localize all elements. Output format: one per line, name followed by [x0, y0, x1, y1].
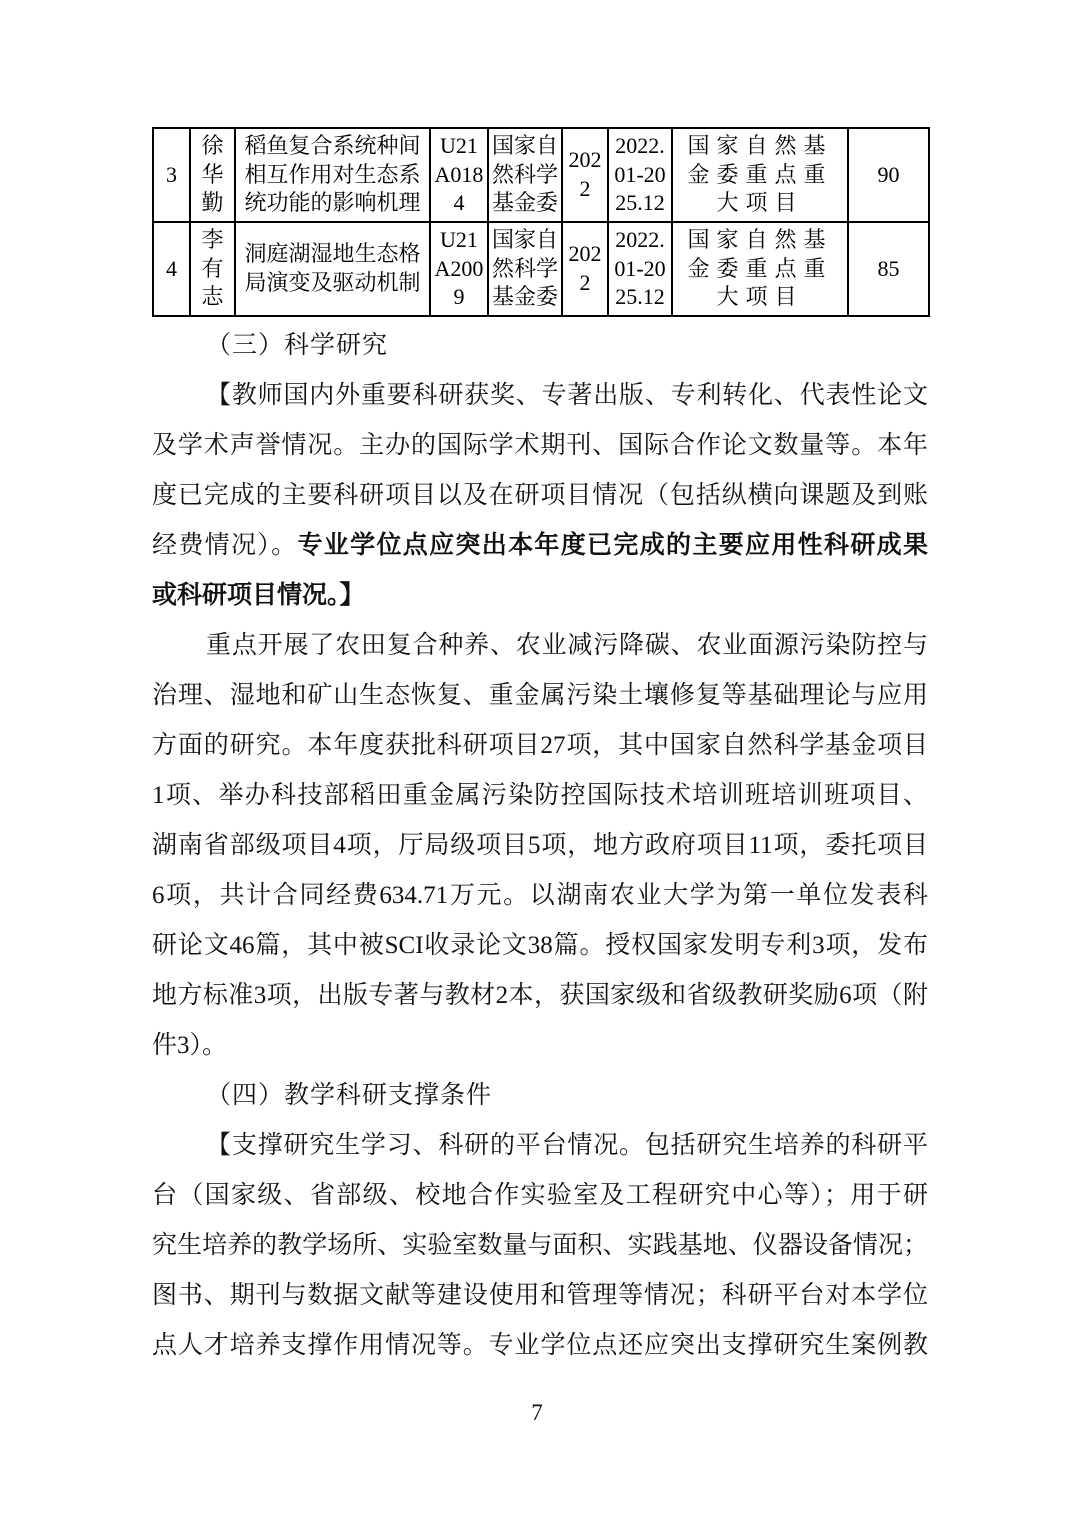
table-row: 4 李有志 洞庭湖湿地生态格局演变及驱动机制 U21A2009 国家自然科学基金… [153, 222, 929, 316]
body-text: （三）科学研究 【教师国内外重要科研获奖、专著出版、专利转化、代表性论文 及学术… [152, 321, 928, 1371]
guideline-line: 经费情况）。专业学位点应突出本年度已完成的主要应用性科研成果 [152, 521, 928, 571]
body-paragraph-line: 研论文46篇，其中被SCI收录论文38篇。授权国家发明专利3项，发布 [152, 921, 928, 971]
guideline-line: 台（国家级、省部级、校地合作实验室及工程研究中心等）；用于研 [152, 1171, 928, 1221]
cell-year: 2022 [562, 128, 608, 222]
cell-grant-number: U21A0184 [430, 128, 488, 222]
guideline-line: 究生培养的教学场所、实验室数量与面积、实践基地、仪器设备情况； [152, 1221, 928, 1271]
cell-year: 2022 [562, 222, 608, 316]
guideline-line: 度已完成的主要科研项目以及在研项目情况（包括纵横向课题及到账 [152, 471, 928, 521]
table-row: 3 徐华勤 稻鱼复合系统种间相互作用对生态系统功能的影响机理 U21A0184 … [153, 128, 929, 222]
cell-pi-name: 李有志 [190, 222, 235, 316]
section-3-heading: （三）科学研究 [152, 321, 928, 371]
body-paragraph-line: 6项，共计合同经费634.71万元。以湖南农业大学为第一单位发表科 [152, 871, 928, 921]
cell-score: 90 [848, 128, 929, 222]
body-paragraph-line: 重点开展了农田复合种养、农业减污降碳、农业面源污染防控与 [152, 621, 928, 671]
guideline-line: 图书、期刊与数据文献等建设使用和管理等情况；科研平台对本学位 [152, 1271, 928, 1321]
page-content: 3 徐华勤 稻鱼复合系统种间相互作用对生态系统功能的影响机理 U21A0184 … [152, 127, 928, 1371]
cell-score: 85 [848, 222, 929, 316]
body-paragraph-line: 湖南省部级项目4项，厅局级项目5项，地方政府项目11项，委托项目 [152, 821, 928, 871]
document-page: 3 徐华勤 稻鱼复合系统种间相互作用对生态系统功能的影响机理 U21A0184 … [0, 0, 1074, 1520]
guideline-line: 或科研项目情况。】 [152, 571, 928, 621]
cell-category: 国家自然基金委重点重大项目 [672, 222, 848, 316]
guideline-line: 点人才培养支撑作用情况等。专业学位点还应突出支撑研究生案例教 [152, 1321, 928, 1371]
cell-pi-name: 徐华勤 [190, 128, 235, 222]
cell-grant-number: U21A2009 [430, 222, 488, 316]
guideline-normal-text: 经费情况）。 [152, 532, 297, 559]
page-number: 7 [0, 1400, 1074, 1426]
funded-projects-table: 3 徐华勤 稻鱼复合系统种间相互作用对生态系统功能的影响机理 U21A0184 … [152, 127, 930, 317]
cell-row-number: 4 [153, 222, 190, 316]
cell-period: 2022.01-2025.12 [608, 128, 672, 222]
cell-row-number: 3 [153, 128, 190, 222]
guideline-bold-text: 专业学位点应突出本年度已完成的主要应用性科研成果 [297, 532, 928, 559]
cell-funder: 国家自然科学基金委 [488, 128, 562, 222]
body-paragraph-line: 件3）。 [152, 1021, 928, 1071]
cell-period: 2022.01-2025.12 [608, 222, 672, 316]
cell-category: 国家自然基金委重点重大项目 [672, 128, 848, 222]
guideline-line: 【教师国内外重要科研获奖、专著出版、专利转化、代表性论文 [152, 371, 928, 421]
cell-project-title: 洞庭湖湿地生态格局演变及驱动机制 [235, 222, 430, 316]
cell-funder: 国家自然科学基金委 [488, 222, 562, 316]
body-paragraph-line: 方面的研究。本年度获批科研项目27项，其中国家自然科学基金项目 [152, 721, 928, 771]
guideline-line: 及学术声誉情况。主办的国际学术期刊、国际合作论文数量等。本年 [152, 421, 928, 471]
body-paragraph-line: 地方标准3项，出版专著与教材2本，获国家级和省级教研奖励6项（附 [152, 971, 928, 1021]
cell-project-title: 稻鱼复合系统种间相互作用对生态系统功能的影响机理 [235, 128, 430, 222]
section-4-heading: （四）教学科研支撑条件 [152, 1071, 928, 1121]
body-paragraph-line: 1项、举办科技部稻田重金属污染防控国际技术培训班培训班项目、 [152, 771, 928, 821]
body-paragraph-line: 治理、湿地和矿山生态恢复、重金属污染土壤修复等基础理论与应用 [152, 671, 928, 721]
guideline-line: 【支撑研究生学习、科研的平台情况。包括研究生培养的科研平 [152, 1121, 928, 1171]
